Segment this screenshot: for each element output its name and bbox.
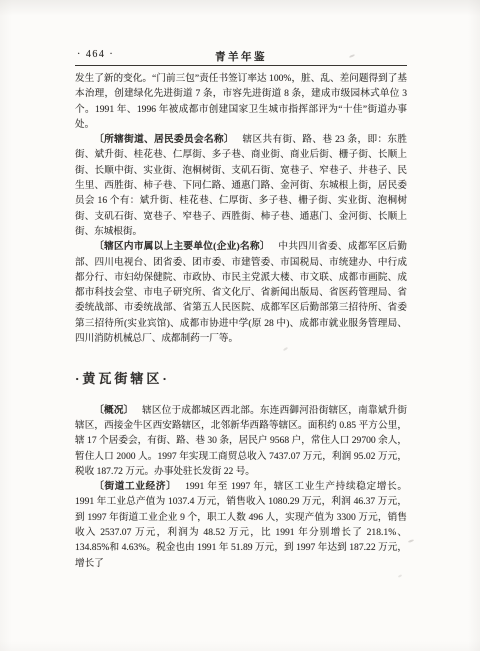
paragraph-text: 1991 年至 1997 年，辖区工业生产持续稳定增长。1991 年工业总产值为… [75, 481, 407, 568]
entry-label-streets: 〔所辖街道、居民委员会名称〕 [94, 134, 234, 145]
scan-artifact [398, 574, 402, 578]
paragraph-text: 辖区共有街、路、巷 23 条，即：东胜街、斌升街、桂花巷、仁厚街、多子巷、商业街… [75, 134, 407, 237]
entry-label-units: 〔辖区内市属以上主要单位(企业)名称〕 [94, 241, 270, 252]
entry-label-industry: 〔街道工业经济〕 [94, 481, 176, 492]
paragraph-text: 中共四川省委、成都军区后勤部、四川电视台、团省委、团市委、市建管委、市国税局、市… [75, 241, 407, 344]
book-title: 青羊年鉴 [75, 49, 407, 64]
entry-label-overview: 〔概况〕 [94, 405, 133, 416]
page-header: · 464 · 青羊年鉴 [75, 48, 407, 66]
scanned-yearbook-page: · 464 · 青羊年鉴 发生了新的变化。“门前三包”责任书签订率达 100%，… [0, 0, 480, 651]
section-title: ·黄瓦街辖区· [75, 371, 407, 386]
paragraph-industry-economy: 〔街道工业经济〕1991 年至 1997 年，辖区工业生产持续稳定增长。1991… [75, 479, 407, 571]
paragraph-overview: 〔概况〕辖区位于成都城区西北部。东连西御河沿街辖区，南靠斌升街辖区，西接金牛区西… [75, 403, 407, 479]
page-content: 发生了新的变化。“门前三包”责任书签订率达 100%，脏、乱、差问题得到了基本治… [75, 71, 407, 571]
paragraph-major-units: 〔辖区内市属以上主要单位(企业)名称〕中共四川省委、成都军区后勤部、四川电视台、… [75, 239, 407, 346]
paragraph-continuation: 发生了新的变化。“门前三包”责任书签订率达 100%，脏、乱、差问题得到了基本治… [75, 71, 407, 132]
paragraph-streets-committees: 〔所辖街道、居民委员会名称〕辖区共有街、路、巷 23 条，即：东胜街、斌升街、桂… [75, 132, 407, 239]
scan-artifact [408, 539, 414, 543]
paragraph-text: 发生了新的变化。“门前三包”责任书签订率达 100%，脏、乱、差问题得到了基本治… [75, 73, 407, 130]
